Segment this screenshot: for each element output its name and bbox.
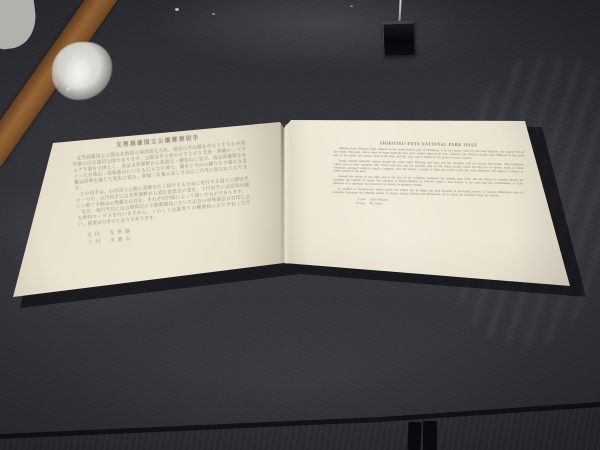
- en-heading: SHIKOTSU-TOYA NATIONAL PARK ISSUE: [334, 140, 524, 148]
- en-paragraph: Shikotsu-Toya National Park, situated in…: [334, 147, 524, 161]
- dust-speck: [175, 8, 179, 11]
- stamp-denomination: 十円: [88, 238, 104, 245]
- stamp-denomination: 五円: [87, 231, 103, 238]
- en-paragraph: Around the shores of the lakes and at th…: [333, 175, 523, 189]
- dust-speck: [212, 13, 215, 15]
- stamp-subject: 羊蹄山: [110, 236, 134, 244]
- japanese-text-block: 支笏洞爺国立公園郵便切手 支笏洞爺国立公園は北海道の南西部を占め、道央の火山群を…: [71, 130, 253, 247]
- fold-highlight: [285, 124, 290, 264]
- stamp-value-row: 五円支笏湖: [87, 216, 253, 239]
- stamp-subject: 支笏湖: [109, 228, 133, 236]
- en-paragraph: Scenic interest naturally centres around…: [333, 159, 523, 177]
- black-clip-object: [382, 20, 414, 55]
- jp-paragraph: この切手は、わが国立公園の景勝を広く紹介するために発行する国立公園切手の一つで、…: [75, 176, 250, 210]
- stamp-subject: Mt. Yotei: [370, 202, 382, 206]
- dark-object-bar: [408, 422, 422, 450]
- en-paragraph: In addition to Noboribetsu, which boasts…: [333, 188, 523, 199]
- stamp-value-row: 10 yenMt. Yotei: [352, 202, 523, 210]
- photo-scene: 支笏洞爺国立公園郵便切手 支笏洞爺国立公園は北海道の南西部を占め、道央の火山群を…: [0, 0, 600, 450]
- booklet-right-page: SHIKOTSU-TOYA NATIONAL PARK ISSUE Shikot…: [284, 119, 570, 287]
- english-text-block: SHIKOTSU-TOYA NATIONAL PARK ISSUE Shikot…: [333, 140, 524, 209]
- jp-paragraph: なお、発行当日には公園周辺の主要郵便局において記念の特殊通信日付印による押印サー…: [77, 194, 252, 228]
- stamp-value-row: 5 yenLake Shikotsu: [352, 197, 523, 205]
- jp-stamp-values: 五円支笏湖 十円羊蹄山: [79, 216, 254, 247]
- jp-paragraph: 支笏洞爺国立公園は北海道の南西部を占め、道央の火山群を中心とするわが国有数の山岳…: [72, 140, 249, 192]
- stamp-subject: Lake Shikotsu: [370, 198, 388, 202]
- stamp-denomination: 10 yen: [352, 202, 365, 207]
- fold-crease: [281, 124, 284, 266]
- en-stamp-values: 5 yenLake Shikotsu 10 yenMt. Yotei: [333, 197, 523, 209]
- stamp-denomination: 5 yen: [352, 197, 365, 202]
- dark-object-bar: [423, 421, 438, 450]
- light-smudge: [140, 0, 470, 70]
- dust-speck: [350, 5, 353, 7]
- stamp-value-row: 十円羊蹄山: [87, 224, 253, 247]
